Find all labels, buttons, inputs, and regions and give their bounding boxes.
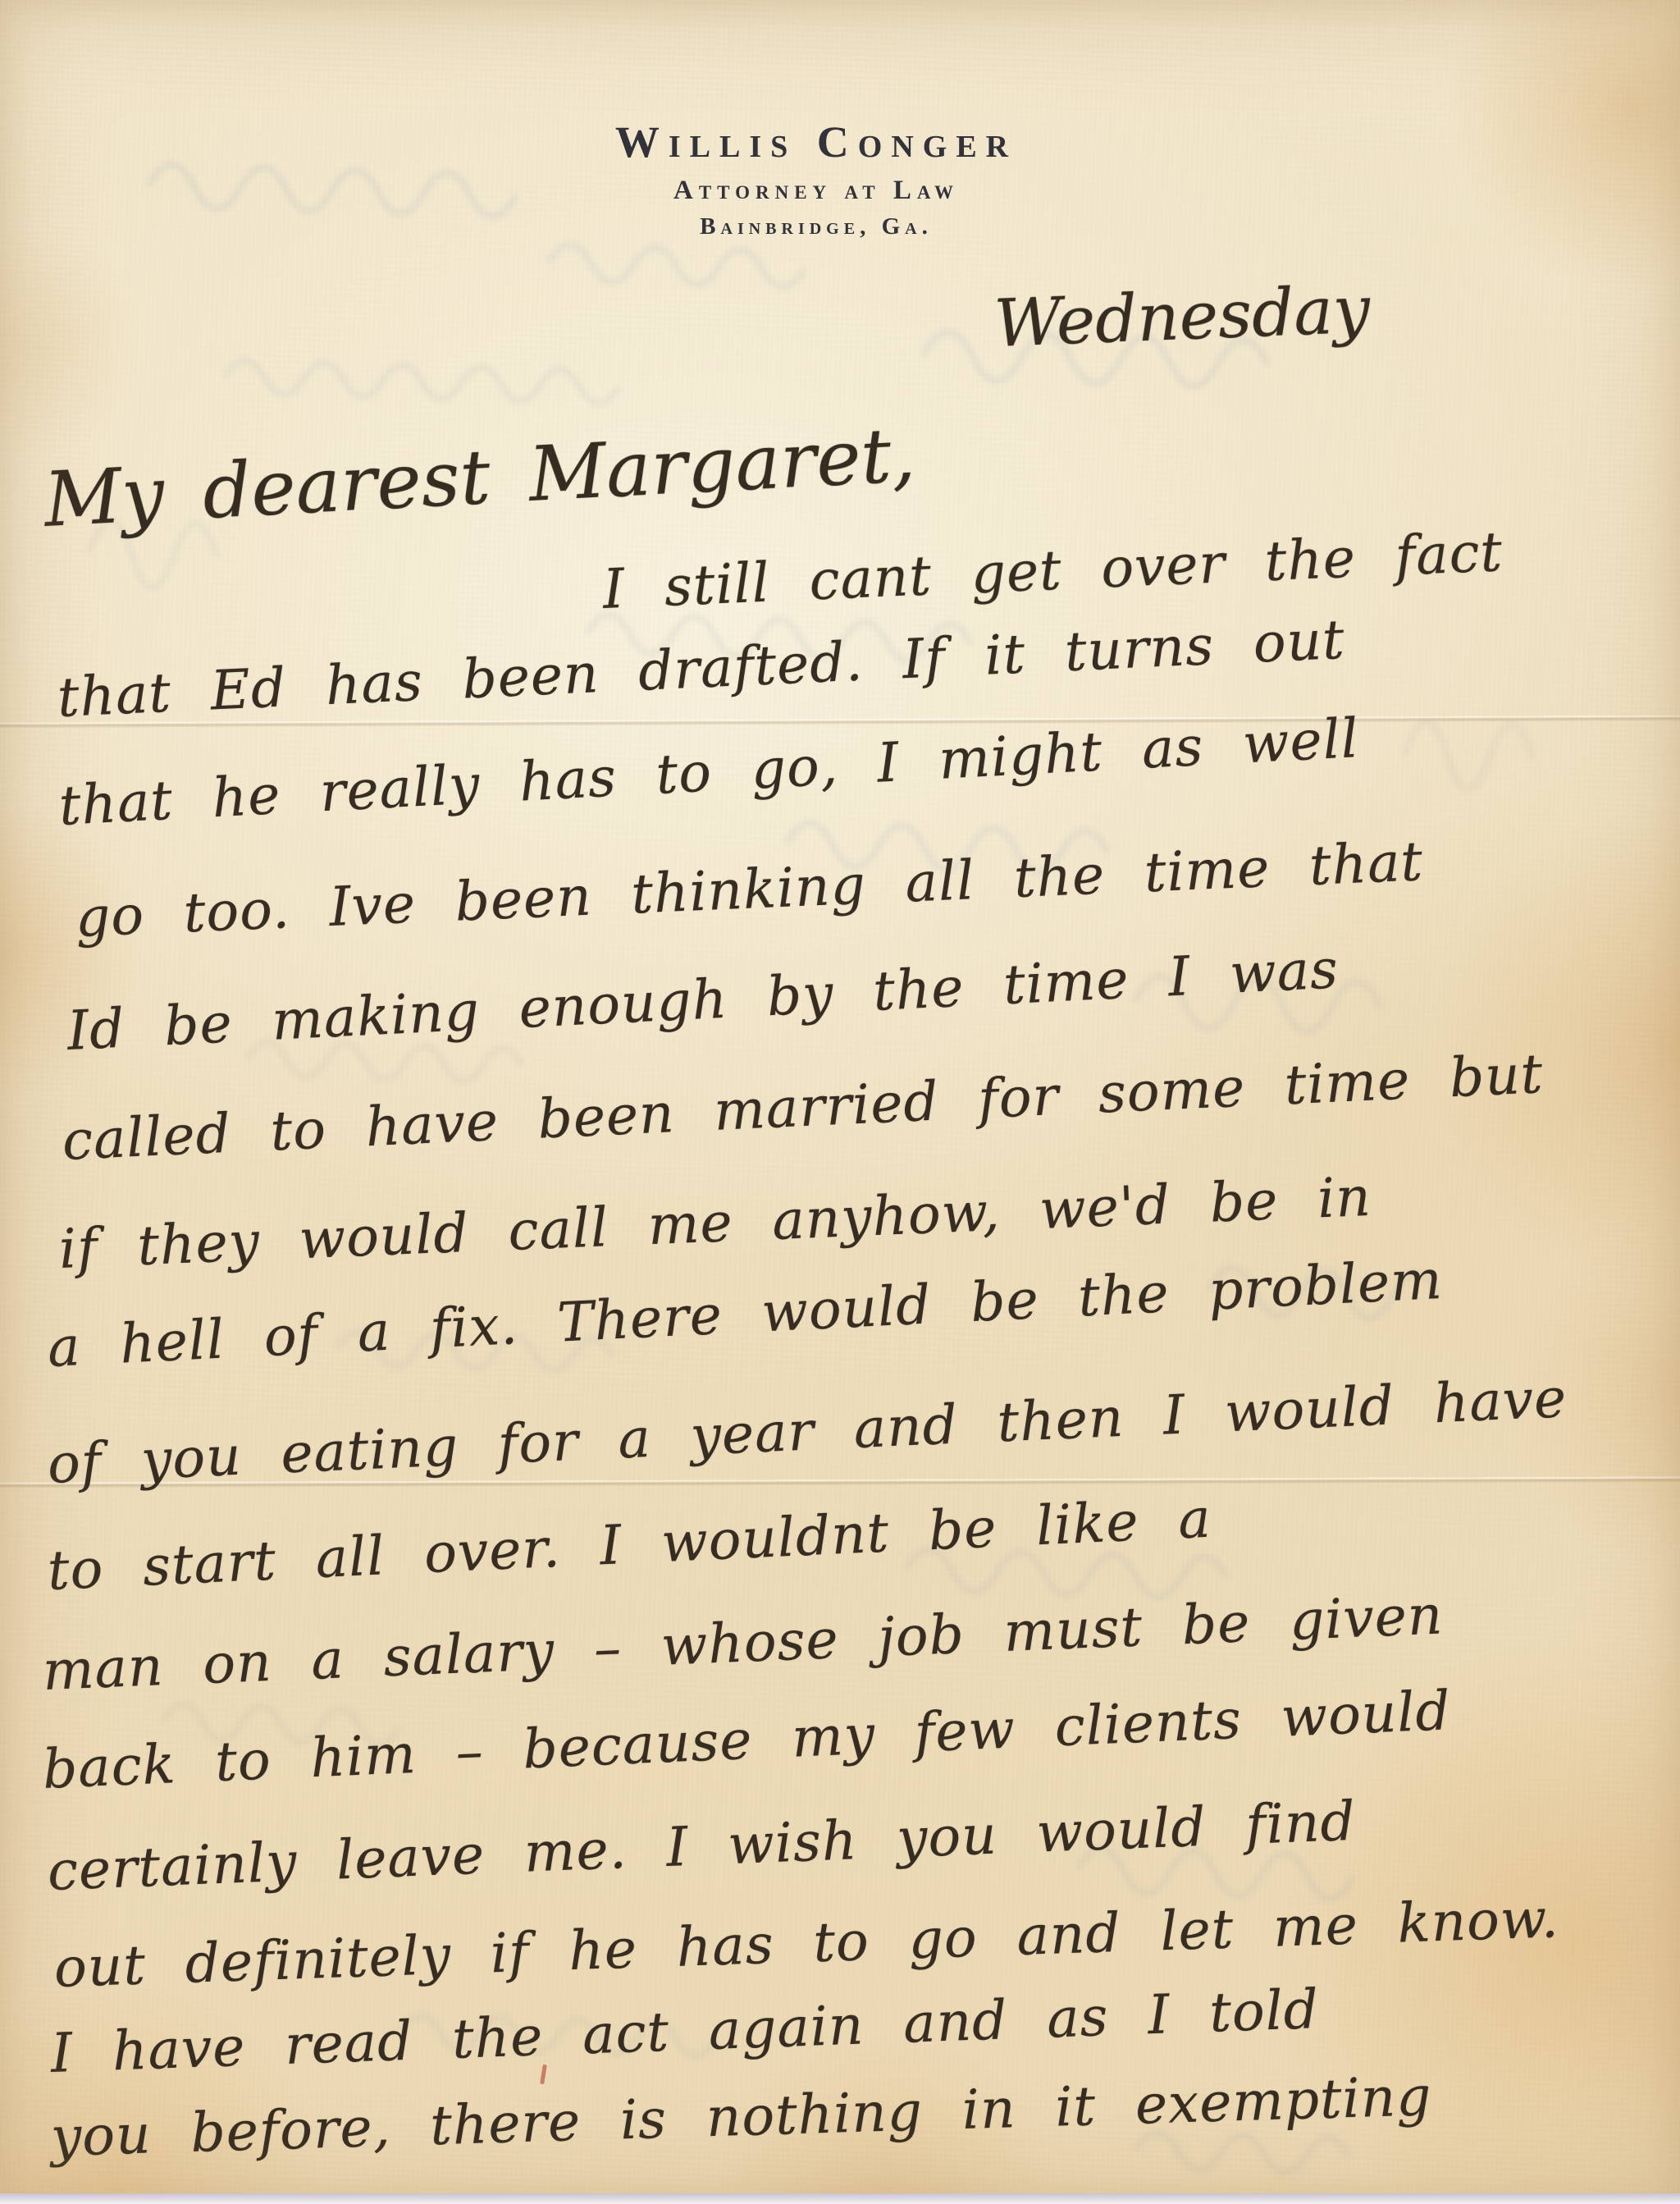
letter-line: go too. Ive been thinking all the time t…	[74, 830, 1424, 949]
letter-line: I still cant get over the fact	[601, 520, 1504, 621]
letter-line: of you eating for a year and then I woul…	[46, 1366, 1568, 1496]
letter-line: to start all over. I wouldnt be like a	[46, 1487, 1212, 1603]
letter-line: Id be making enough by the time I was	[66, 937, 1340, 1063]
salutation: My dearest Margaret,	[42, 410, 917, 543]
letter-page: Willis Conger Attorney at Law Bainbridge…	[0, 0, 1680, 2204]
letter-line: that he really has to go, I might as wel…	[57, 706, 1361, 838]
letter-line: called to have been married for some tim…	[61, 1042, 1545, 1173]
letter-line: certainly leave me. I wish you would fin…	[47, 1790, 1358, 1903]
scan-edge	[0, 2193, 1680, 2204]
date-line: Wednesday	[993, 271, 1372, 362]
letterhead-name: Willis Conger	[0, 120, 1632, 164]
letterhead: Willis Conger Attorney at Law Bainbridge…	[0, 120, 1632, 239]
letter-line: that Ed has been drafted. If it turns ou…	[56, 608, 1346, 729]
letter-line: out definitely if he has to go and let m…	[53, 1886, 1560, 2000]
letter-line: I have read the act again and as I told	[50, 1978, 1321, 2085]
letter-line: man on a salary – whose job must be give…	[41, 1583, 1444, 1703]
letterhead-location: Bainbridge, Ga.	[0, 215, 1632, 239]
letter-line: you before, there is nothing in it exemp…	[50, 2065, 1433, 2169]
letterhead-title: Attorney at Law	[0, 177, 1632, 204]
letter-line: back to him – because my few clients wou…	[41, 1679, 1452, 1801]
